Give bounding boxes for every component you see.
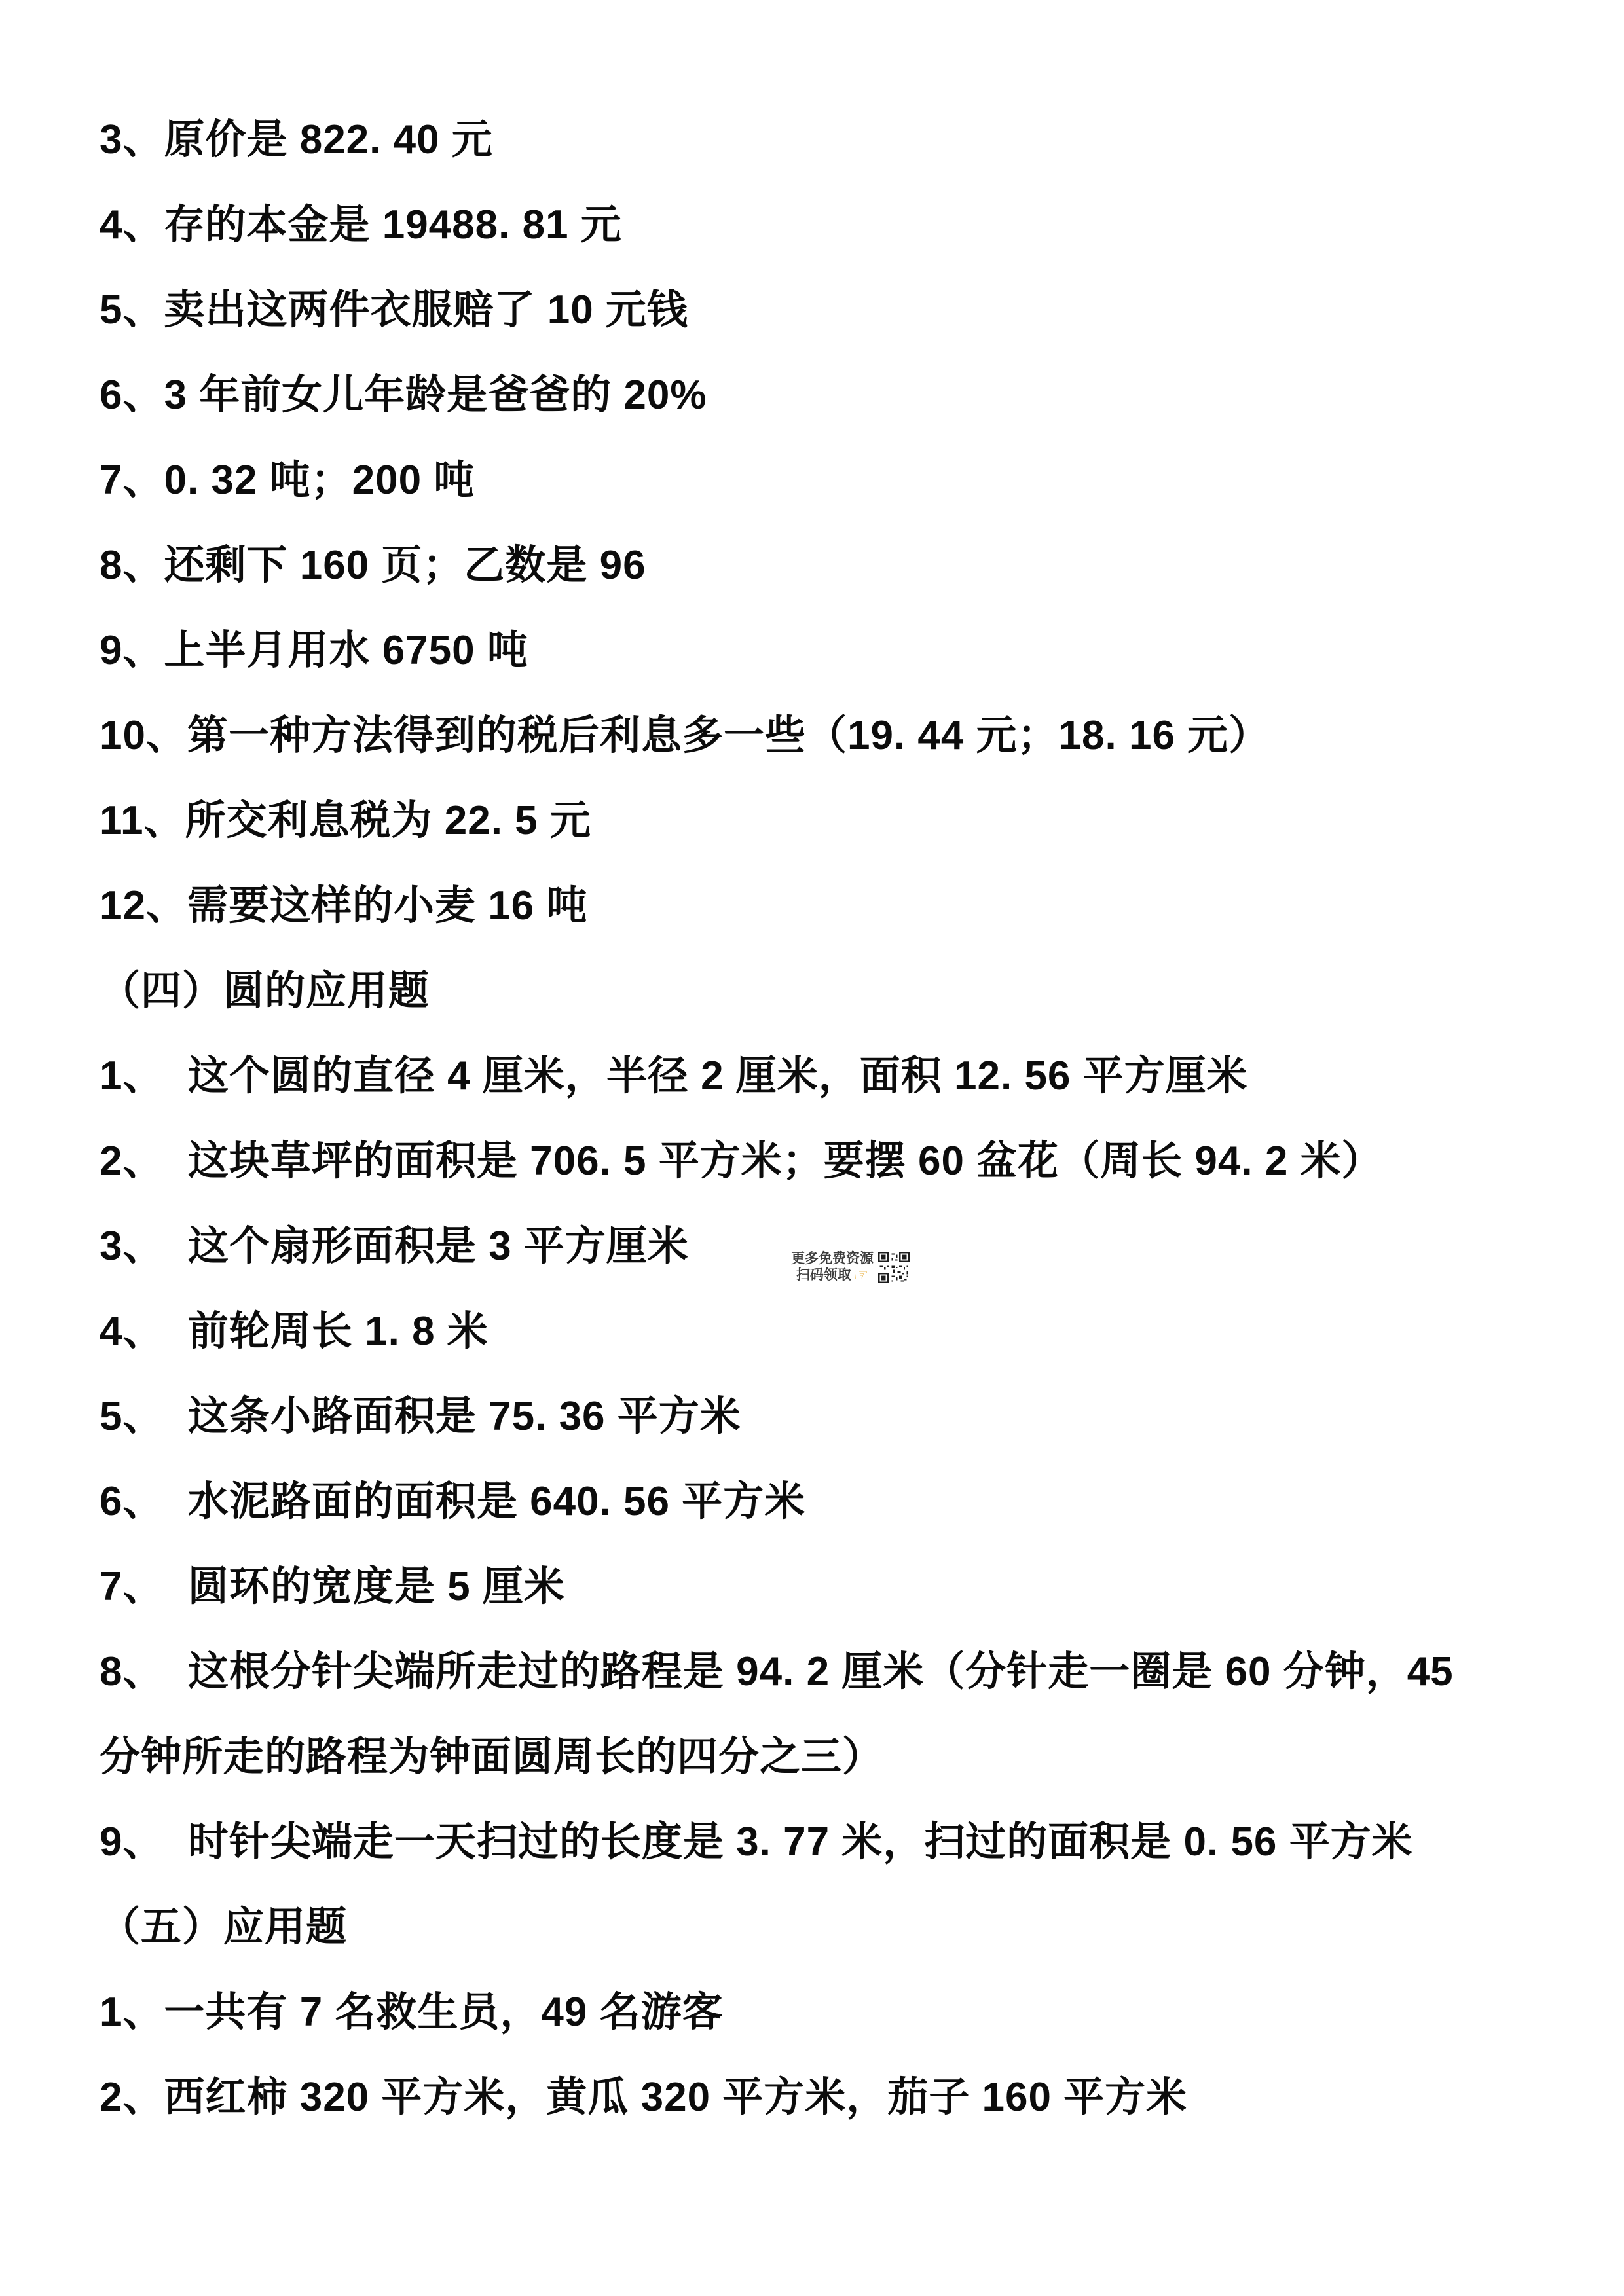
answer-line: 6、 水泥路面的面积是 640. 56 平方米	[100, 1459, 1566, 1544]
answer-line: 3、原价是 822. 40 元	[100, 98, 1566, 183]
promo-watermark: 更多免费资源 扫码领取 ☞	[791, 1250, 910, 1283]
qr-code	[878, 1252, 910, 1283]
answer-line: 6、3 年前女儿年龄是爸爸的 20%	[100, 353, 1566, 438]
answer-line: 11、所交利息税为 22. 5 元	[100, 778, 1566, 864]
answer-line: 9、 时针尖端走一天扫过的长度是 3. 77 米，扫过的面积是 0. 56 平方…	[100, 1800, 1566, 1885]
pointing-finger-icon: ☞	[853, 1267, 868, 1283]
answer-line: 7、0. 32 吨；200 吨	[100, 438, 1566, 523]
section-heading: （四）圆的应用题	[100, 949, 1566, 1034]
answer-line: 8、 这根分针尖端所走过的路程是 94. 2 厘米（分针走一圈是 60 分钟，4…	[100, 1630, 1566, 1715]
answer-line: 1、 这个圆的直径 4 厘米，半径 2 厘米，面积 12. 56 平方厘米	[100, 1034, 1566, 1119]
answer-line: 10、第一种方法得到的税后利息多一些（19. 44 元；18. 16 元）	[100, 693, 1566, 778]
answer-line: 4、 前轮周长 1. 8 米	[100, 1289, 1566, 1374]
answer-line: 7、 圆环的宽度是 5 厘米	[100, 1544, 1566, 1630]
answer-line: 4、存的本金是 19488. 81 元	[100, 183, 1566, 268]
watermark-line2: 扫码领取	[796, 1267, 851, 1283]
answer-line: 12、需要这样的小麦 16 吨	[100, 864, 1566, 949]
answer-lines: 3、原价是 822. 40 元 4、存的本金是 19488. 81 元 5、卖出…	[100, 98, 1566, 2140]
answer-line-continuation: 分钟所走的路程为钟面圆周长的四分之三）	[100, 1715, 1566, 1800]
section-heading: （五）应用题	[100, 1885, 1566, 1970]
answer-line: 2、 这块草坪的面积是 706. 5 平方米；要摆 60 盆花（周长 94. 2…	[100, 1119, 1566, 1204]
answer-line: 1、一共有 7 名救生员，49 名游客	[100, 1970, 1566, 2055]
document-page: 3、原价是 822. 40 元 4、存的本金是 19488. 81 元 5、卖出…	[0, 0, 1624, 2296]
answer-line: 2、西红柿 320 平方米，黄瓜 320 平方米，茄子 160 平方米	[100, 2055, 1566, 2140]
watermark-text: 更多免费资源 扫码领取 ☞	[791, 1250, 874, 1283]
answer-line: 5、 这条小路面积是 75. 36 平方米	[100, 1374, 1566, 1459]
answer-line: 9、上半月用水 6750 吨	[100, 608, 1566, 693]
answer-line: 5、卖出这两件衣服赔了 10 元钱	[100, 268, 1566, 353]
answer-line: 8、还剩下 160 页；乙数是 96	[100, 523, 1566, 608]
